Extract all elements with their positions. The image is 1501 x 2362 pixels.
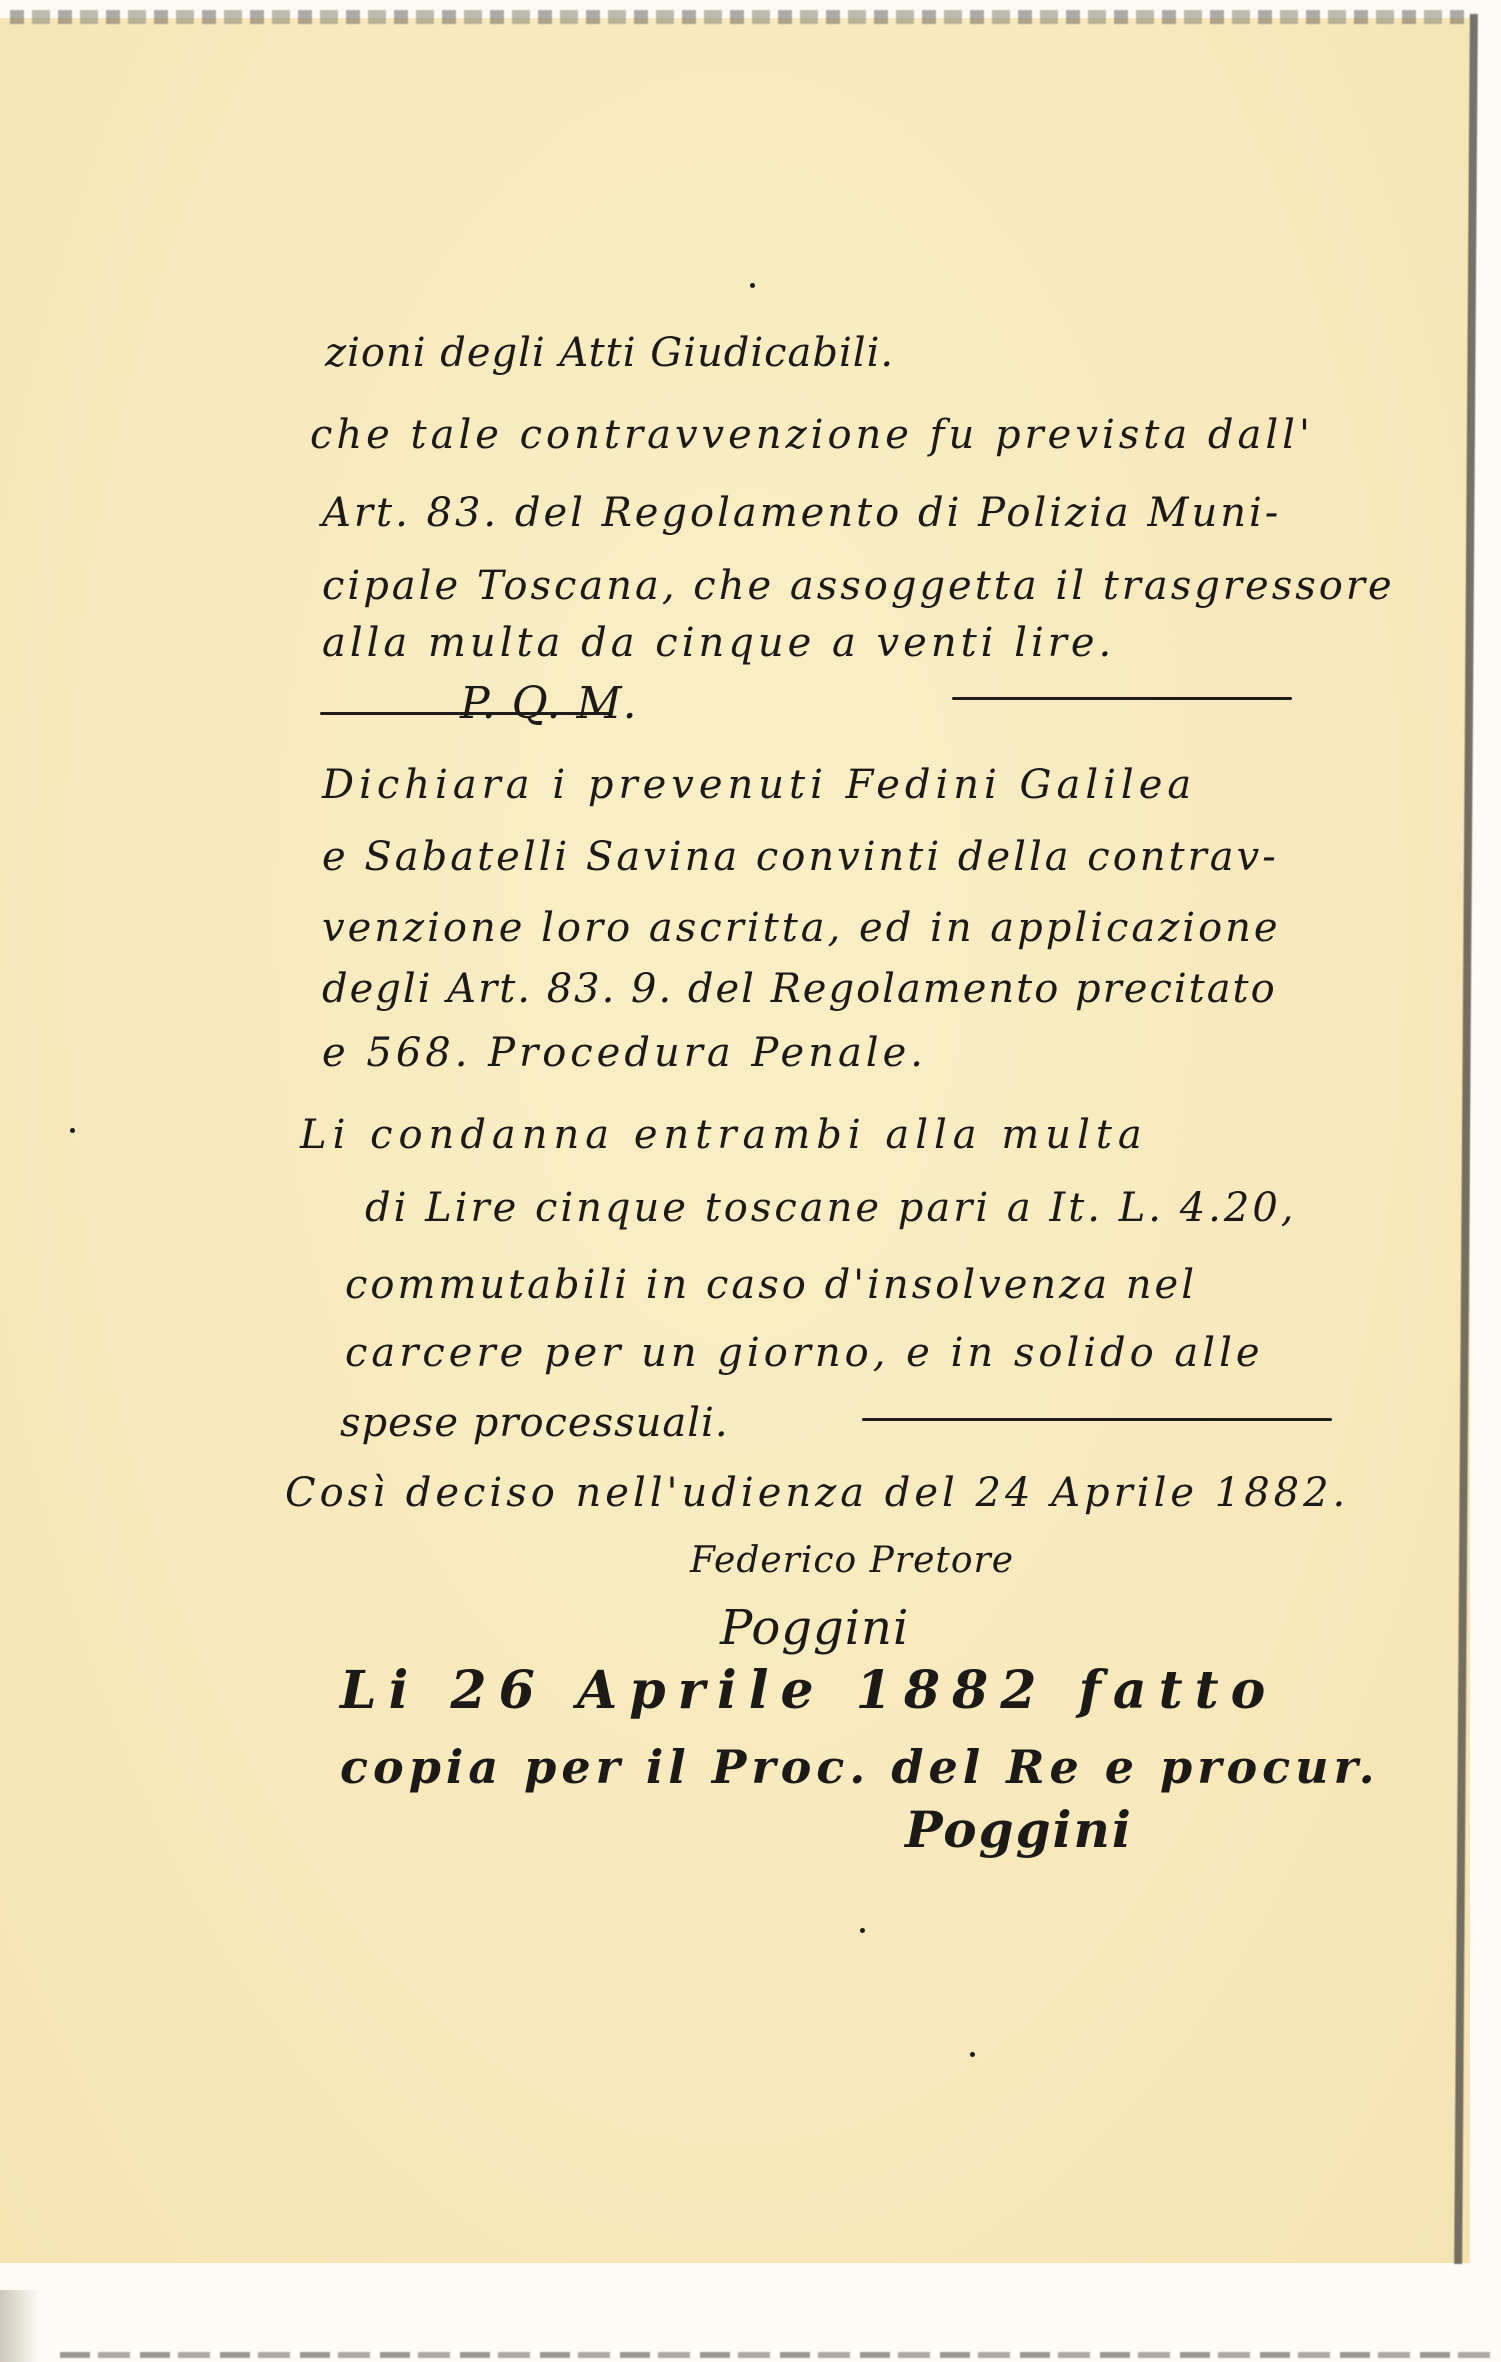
scan-edge-top xyxy=(10,10,1470,24)
ink-speck xyxy=(860,1928,865,1933)
text-line-2: che tale contravvenzione fu prevista dal… xyxy=(310,412,1314,458)
divider-after-spese xyxy=(862,1418,1332,1421)
text-line-17-date: Così deciso nell'udienza del 24 Aprile 1… xyxy=(285,1470,1349,1516)
text-line-5: alla multa da cinque a venti lire. xyxy=(322,620,1115,666)
text-line-8: e Sabatelli Savina convinti della contra… xyxy=(322,834,1279,880)
text-line-16: spese processuali. xyxy=(340,1400,729,1446)
signature-poggini-1: Poggini xyxy=(720,1600,909,1656)
text-line-14: commutabili in caso d'insolvenza nel xyxy=(345,1262,1197,1308)
heading-pqm: P. Q. M. xyxy=(460,678,638,729)
text-line-10: degli Art. 83. 9. del Regolamento precit… xyxy=(322,966,1277,1012)
text-line-3: Art. 83. del Regolamento di Polizia Muni… xyxy=(322,490,1281,536)
text-line-4: cipale Toscana, che assoggetta il trasgr… xyxy=(322,563,1395,609)
text-line-15: carcere per un giorno, e in solido alle xyxy=(345,1330,1264,1376)
annotation-line-2: copia per il Proc. del Re e procur. xyxy=(340,1740,1380,1794)
text-line-9: venzione loro ascritta, ed in applicazio… xyxy=(322,905,1281,951)
text-line-13: di Lire cinque toscane pari a It. L. 4.2… xyxy=(365,1185,1297,1231)
text-line-11: e 568. Procedura Penale. xyxy=(322,1030,927,1076)
annotation-line-1: Li 26 Aprile 1882 fatto xyxy=(340,1660,1277,1721)
signature-pretore: Federico Pretore xyxy=(690,1540,1014,1581)
text-line-7: Dichiara i prevenuti Fedini Galilea xyxy=(322,762,1196,808)
signature-poggini-2: Poggini xyxy=(905,1800,1133,1859)
scan-edge-bottom xyxy=(60,2352,1500,2358)
text-line-1: zioni degli Atti Giudicabili. xyxy=(325,330,894,376)
ink-speck xyxy=(970,2052,975,2057)
divider-right xyxy=(952,697,1292,700)
ink-speck xyxy=(750,283,755,288)
scan-edge-left xyxy=(0,2290,40,2362)
ink-speck xyxy=(70,1128,75,1133)
text-line-12: Li condanna entrambi alla multa xyxy=(300,1112,1148,1158)
